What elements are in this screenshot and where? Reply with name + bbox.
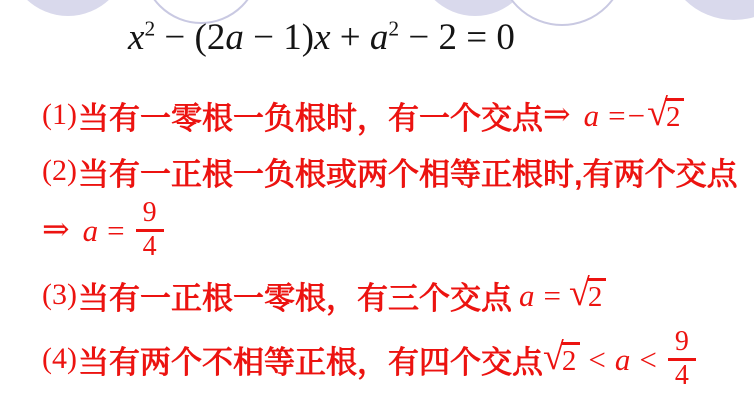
eq-op: − 2 = 0 (399, 17, 515, 58)
case-4-text: 当有两个不相等正根，有四个交点 (78, 337, 543, 382)
case-2-row: (2) 当有一正根一负根或两个相等正根时,有两个交点 (42, 146, 738, 196)
fraction-denominator: 4 (136, 229, 164, 262)
case-2-math-row: ⇒a=94 (42, 196, 164, 264)
sqrt-radical: √2 (569, 278, 606, 312)
fraction: 94 (668, 327, 696, 390)
eq-var: x (314, 17, 330, 58)
eq-exponent: 2 (144, 17, 155, 41)
implies-icon: ⇒ (42, 214, 68, 247)
minus-sign: − (628, 100, 645, 131)
math-var-a: a (584, 100, 600, 131)
eq-var: x (128, 17, 144, 58)
case-3-text: 当有一正根一零根，有三个交点 (78, 273, 512, 318)
case-1-text: 当有一零根一负根时，有一个交点 (78, 93, 543, 138)
fraction: 94 (136, 198, 164, 261)
eq-op: + (331, 17, 370, 58)
case-2-label: (2) (42, 154, 77, 188)
radicand: 2 (587, 278, 607, 312)
case-1-label: (1) (42, 98, 77, 132)
fraction-numerator: 9 (136, 198, 164, 228)
math-var-a: a (83, 215, 99, 246)
equals-sign: = (608, 100, 625, 131)
case-4-label: (4) (42, 342, 77, 376)
math-var-a: a (615, 344, 631, 375)
fraction-denominator: 4 (668, 358, 696, 391)
case-3-label: (3) (42, 278, 77, 312)
quadratic-equation: x2 − (2a − 1)x + a2 − 2 = 0 (128, 16, 515, 60)
eq-op: − 1) (244, 17, 314, 58)
less-than-sign: < (639, 344, 656, 375)
case-3-math: a=√2 (512, 278, 606, 312)
sqrt-radical: √2 (543, 342, 580, 376)
case-1-row: (1) 当有一零根一负根时，有一个交点 ⇒a=−√2 (42, 90, 684, 140)
slide: x2 − (2a − 1)x + a2 − 2 = 0 (1) 当有一零根一负根… (0, 0, 754, 397)
radicand: 2 (665, 98, 685, 132)
equals-sign: = (543, 280, 560, 311)
less-than-sign: < (588, 344, 605, 375)
case-2-math: ⇒a=94 (42, 198, 164, 261)
case-4-math: √2<a<94 (543, 327, 696, 390)
case-3-row: (3) 当有一正根一零根，有三个交点 a=√2 (42, 270, 606, 320)
sqrt-radical: √2 (647, 98, 684, 132)
decor-circle-filled (664, 0, 754, 20)
decor-circle-outlined (498, 0, 626, 26)
case-1-math: ⇒a=−√2 (543, 98, 684, 132)
radicand: 2 (561, 342, 581, 376)
eq-var: a (225, 17, 244, 58)
implies-icon: ⇒ (543, 99, 569, 132)
eq-exponent: 2 (388, 17, 399, 41)
eq-var: a (370, 17, 389, 58)
equals-sign: = (107, 215, 124, 246)
eq-op: − (2 (155, 17, 225, 58)
math-var-a: a (519, 280, 535, 311)
case-4-row: (4) 当有两个不相等正根，有四个交点 √2<a<94 (42, 322, 696, 396)
case-2-text: 当有一正根一负根或两个相等正根时,有两个交点 (78, 149, 738, 194)
fraction-numerator: 9 (668, 327, 696, 357)
decor-circle-filled (8, 0, 128, 16)
